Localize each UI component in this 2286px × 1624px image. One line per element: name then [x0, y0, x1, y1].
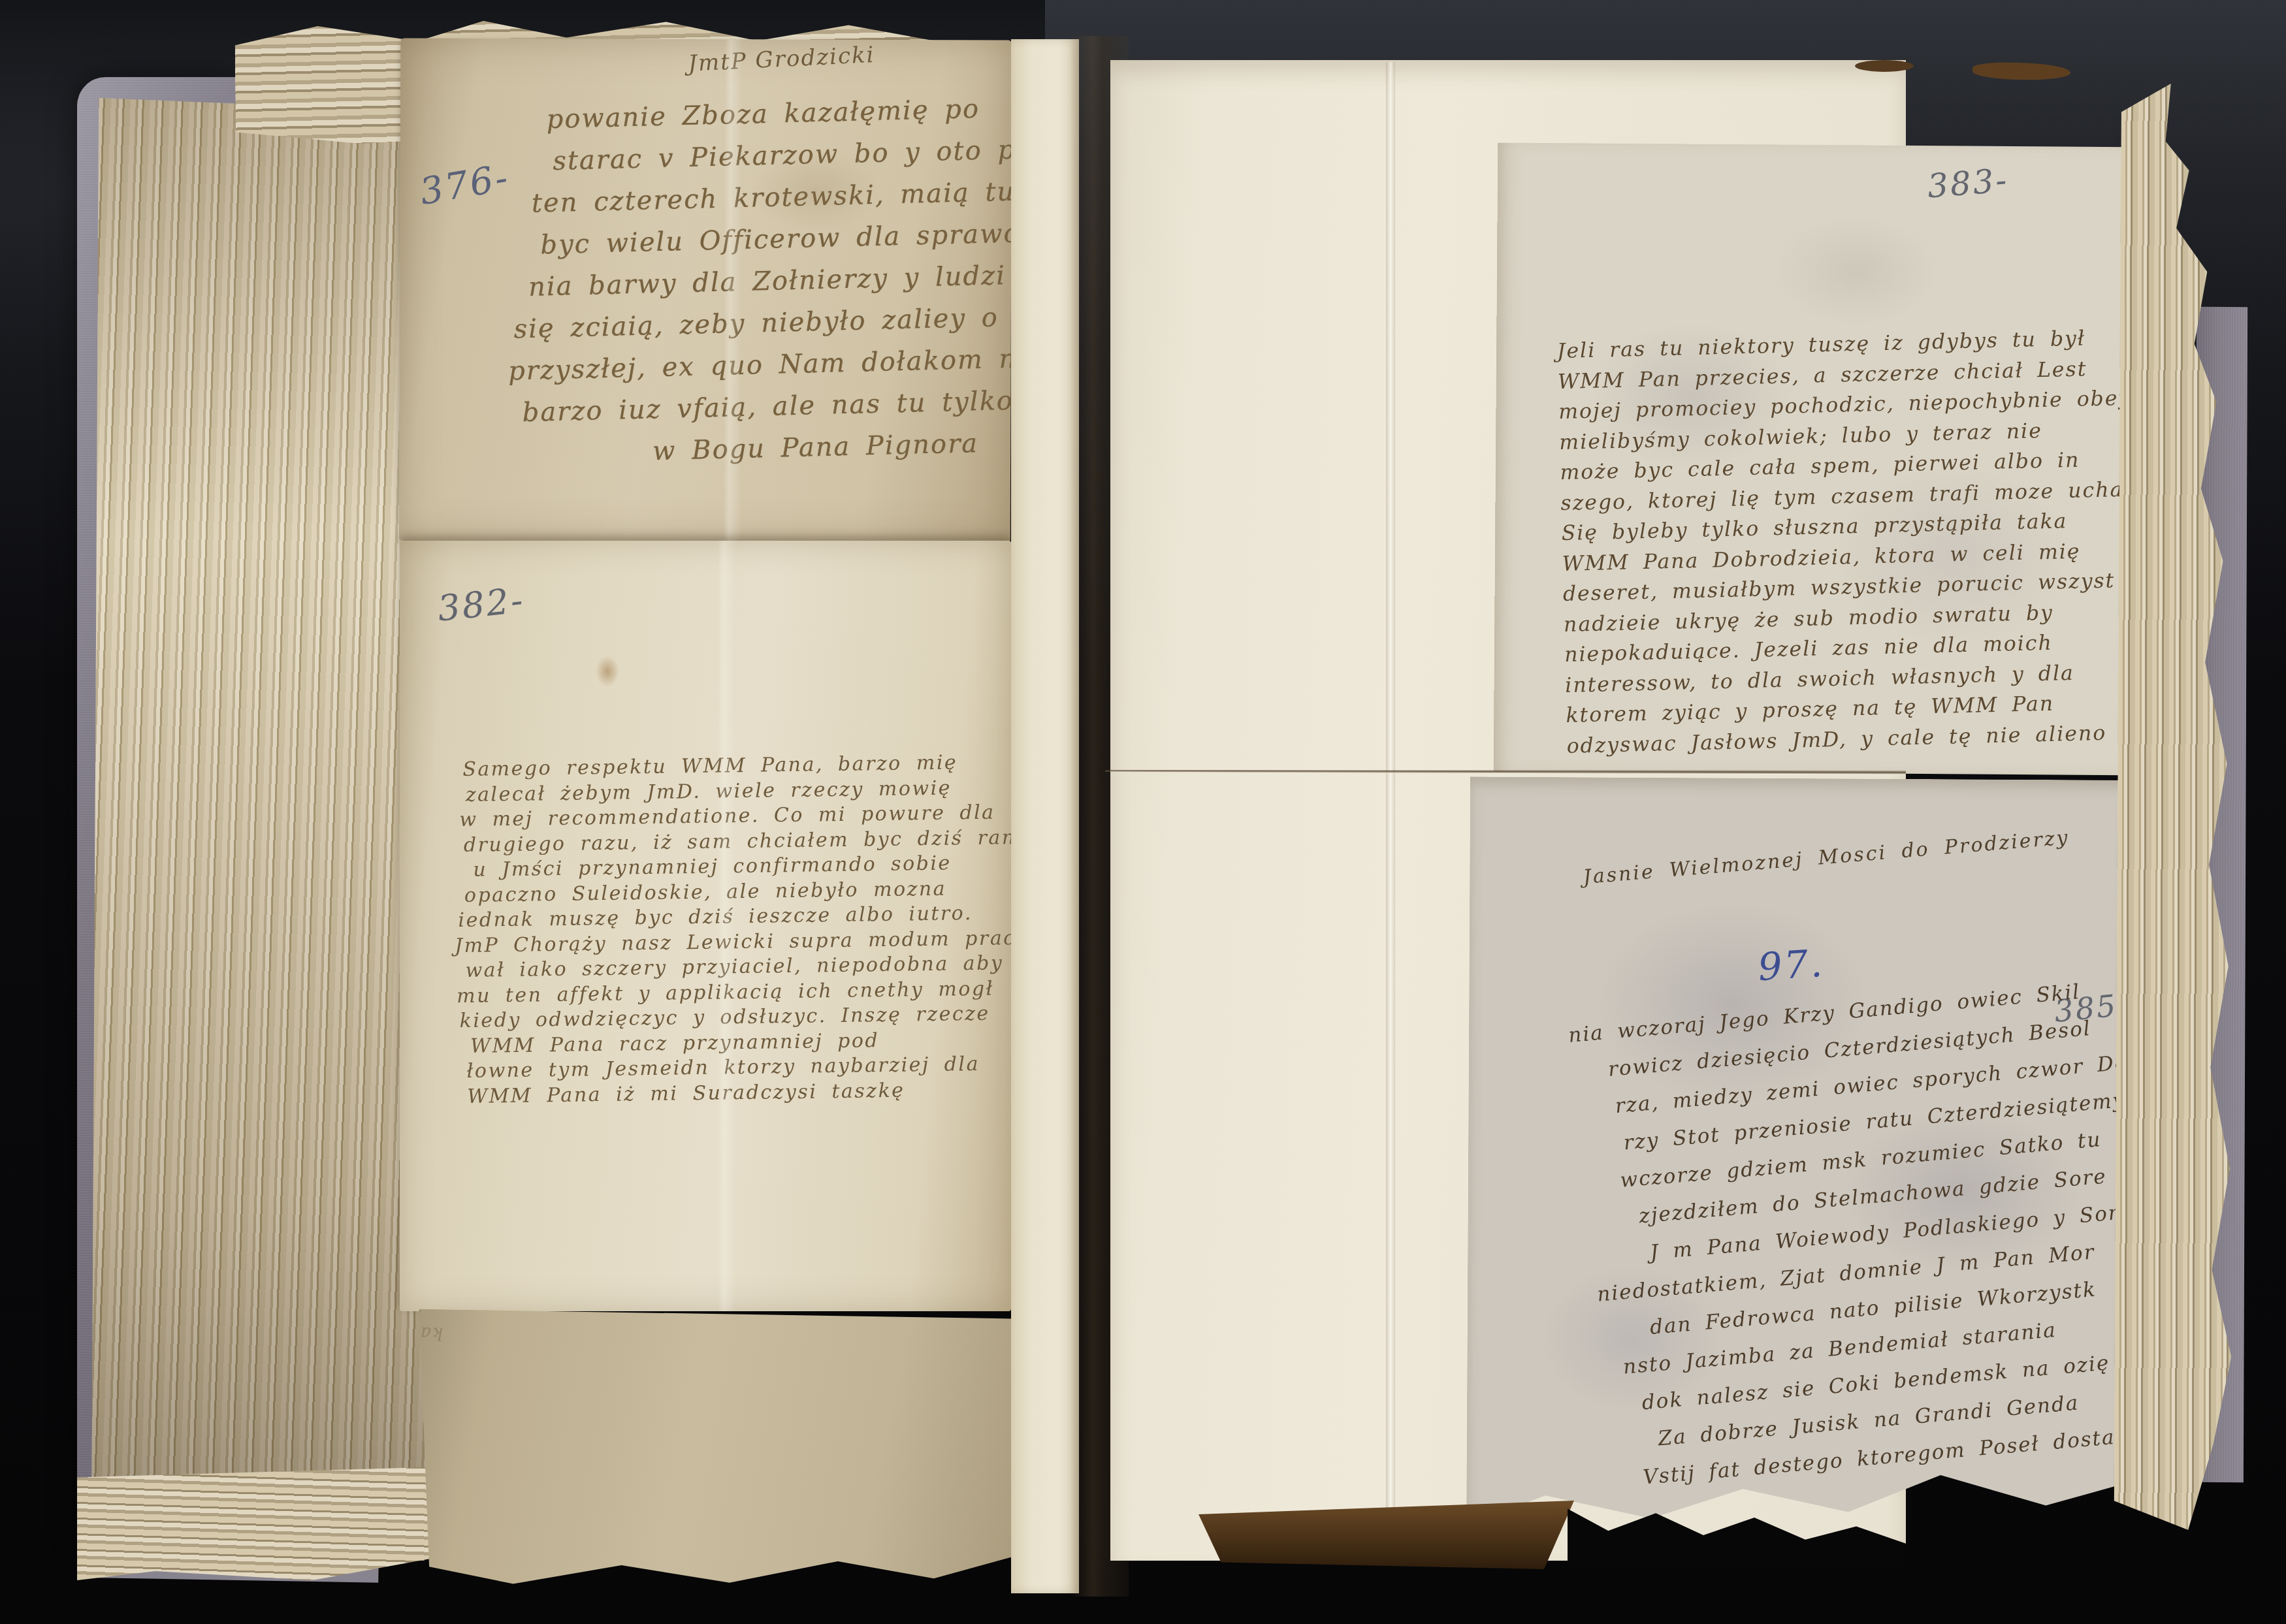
- archival-manuscript-photo: JmtP Grodzicki 376- powanie Zboza kazałę…: [0, 0, 2286, 1624]
- page-number-383: 383-: [1926, 161, 2010, 206]
- interleaf-fold-line: [1386, 62, 1395, 1557]
- letter-385-paper: Jasnie Wielmoznej Mosci do Prodzierzy 97…: [1466, 776, 2129, 1528]
- letter-383-paper: 383- Jeli ras tu niektory tuszę iz gdyby…: [1494, 143, 2151, 776]
- letter-385-salutation: Jasnie Wielmoznej Mosci do Prodzierzy: [1583, 817, 2129, 889]
- torn-edge-gap: [1972, 62, 2070, 81]
- torn-edge-gap: [1855, 60, 1914, 72]
- letter-383-handwriting: Jeli ras tu niektory tuszę iz gdybys tu …: [1556, 323, 2145, 761]
- document-number-97: 97.: [1756, 941, 1825, 989]
- right-page: 383- Jeli ras tu niektory tuszę iz gdyby…: [0, 0, 2286, 1624]
- letter-385-handwriting: nia wczoraj Jego Krzy Gandigo owiec Skil…: [1567, 969, 2129, 1500]
